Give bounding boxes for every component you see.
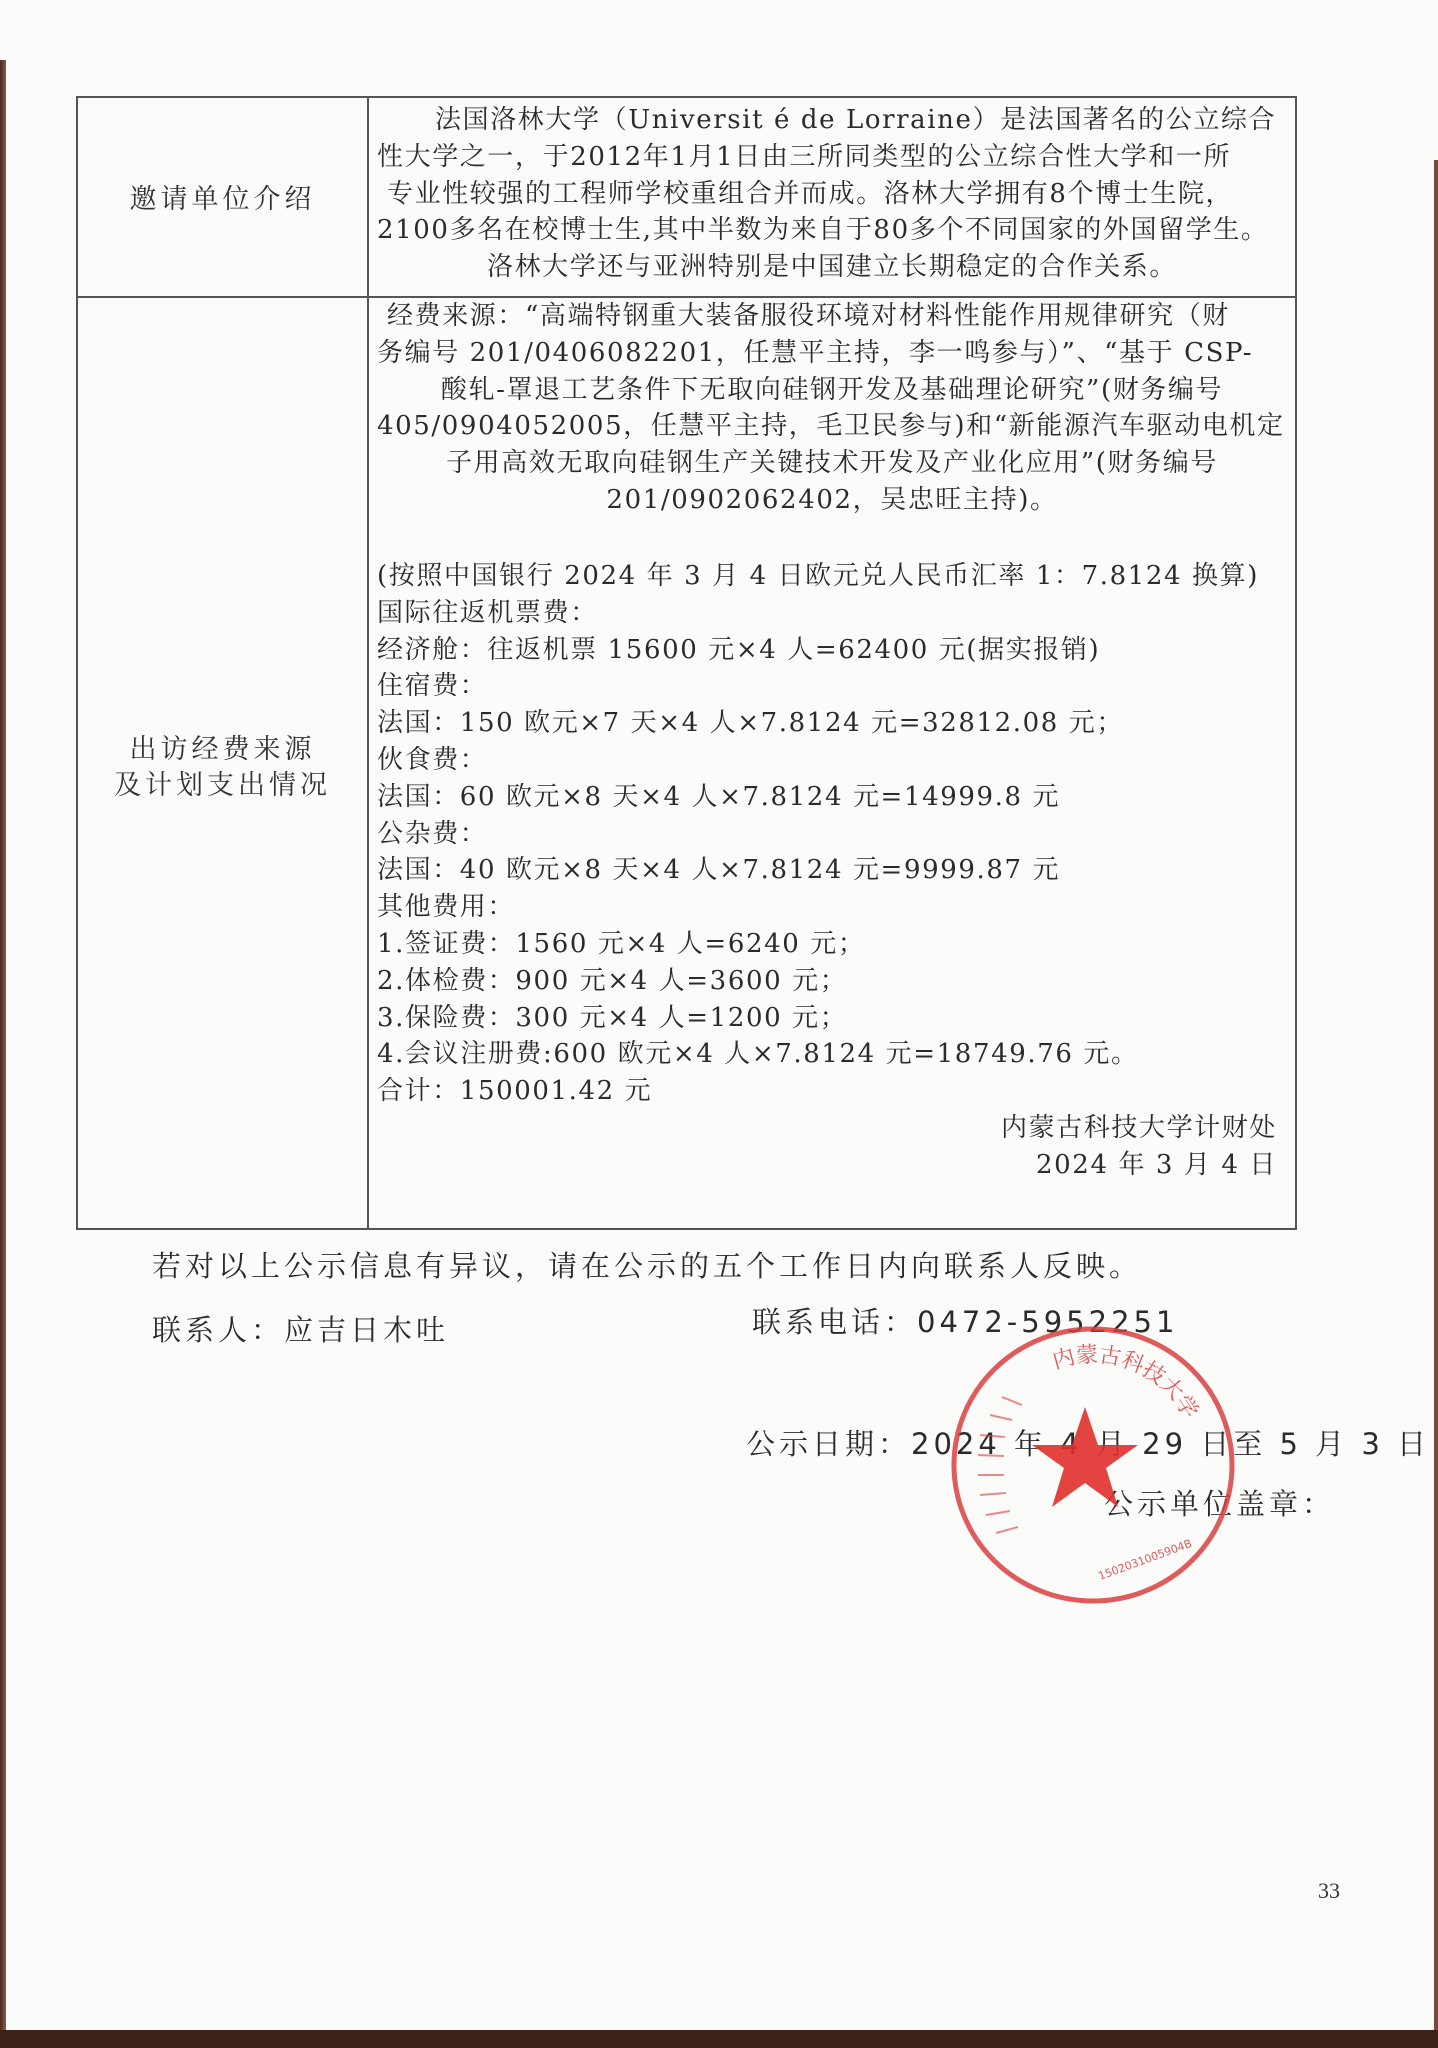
expense-line: 其他费用：	[377, 889, 1287, 926]
star-icon	[1032, 1407, 1138, 1507]
column-divider	[367, 98, 369, 1228]
expense-line: 1.签证费：1560 元×4 人=6240 元；	[377, 926, 1287, 963]
expense-table: 邀请单位介绍 法国洛林大学（Universit é de Lorraine）是法…	[76, 96, 1297, 1230]
funding-line: 酸轧-罩退工艺条件下无取向硅钢开发及基础理论研究”(财务编号	[377, 372, 1287, 409]
intro-line: 2100多名在校博士生,其中半数为来自于80多个不同国家的外国留学生。	[377, 212, 1287, 249]
funding-line: 经费来源：“高端特钢重大装备服役环境对材料性能作用规律研究（财	[377, 298, 1287, 335]
scan-edge-right	[1434, 160, 1438, 2048]
scan-edge-left	[0, 60, 6, 2048]
expense-line: 法国：60 欧元×8 天×4 人×7.8124 元=14999.8 元	[377, 779, 1287, 816]
expense-line: 国际往返机票费：	[377, 595, 1287, 632]
seal-top-text: 内蒙古科技大学	[1050, 1343, 1202, 1424]
expense-line: 公杂费：	[377, 816, 1287, 853]
label-funding-source: 出访经费来源 及计划支出情况	[78, 732, 367, 804]
signature-date: 2024 年 3 月 4 日	[377, 1147, 1287, 1184]
funding-source-text: 经费来源：“高端特钢重大装备服役环境对材料性能作用规律研究（财 务编号 201/…	[377, 298, 1287, 519]
funding-line: 子用高效无取向硅钢生产关键技术开发及产业化应用”(财务编号	[377, 445, 1287, 482]
intro-line: 性大学之一，于2012年1月1日由三所同类型的公立综合性大学和一所	[377, 139, 1287, 176]
intro-line: 专业性较强的工程师学校重组合并而成。洛林大学拥有8个博士生院，	[377, 176, 1287, 213]
funding-line: 405/0904052005，任慧平主持，毛卫民参与)和“新能源汽车驱动电机定	[377, 408, 1287, 445]
expense-line: 经济舱：往返机票 15600 元×4 人=62400 元(据实报销)	[377, 632, 1287, 669]
signature-org: 内蒙古科技大学计财处	[377, 1110, 1287, 1147]
funding-line: 务编号 201/0406082201，任慧平主持，李一鸣参与）”、“基于 CSP…	[377, 335, 1287, 372]
expense-line: 住宿费：	[377, 668, 1287, 705]
inviting-unit-intro: 法国洛林大学（Universit é de Lorraine）是法国著名的公立综…	[377, 102, 1287, 286]
expense-line: 3.保险费：300 元×4 人=1200 元；	[377, 1000, 1287, 1037]
seal-code: 1502031005904B	[1097, 1537, 1194, 1583]
expense-line: 法国：40 欧元×8 天×4 人×7.8124 元=9999.87 元	[377, 852, 1287, 889]
page-number: 33	[1318, 1878, 1340, 1904]
expense-line: (按照中国银行 2024 年 3 月 4 日欧元兑人民币汇率 1：7.8124 …	[377, 558, 1287, 595]
scan-edge-bottom	[0, 2030, 1438, 2048]
expense-line: 2.体检费：900 元×4 人=3600 元；	[377, 963, 1287, 1000]
official-seal: 内蒙古科技大学 1502031005904B	[950, 1325, 1236, 1605]
expense-line: 法国：150 欧元×7 天×4 人×7.8124 元=32812.08 元；	[377, 705, 1287, 742]
intro-line: 洛林大学还与亚洲特别是中国建立长期稳定的合作关系。	[377, 249, 1287, 286]
intro-line: 法国洛林大学（Universit é de Lorraine）是法国著名的公立综…	[377, 102, 1287, 139]
label-line: 及计划支出情况	[78, 768, 367, 804]
expense-line: 4.会议注册费:600 欧元×4 人×7.8124 元=18749.76 元。	[377, 1036, 1287, 1073]
expense-line: 伙食费：	[377, 742, 1287, 779]
svg-text:内蒙古科技大学: 内蒙古科技大学	[1050, 1343, 1202, 1424]
label-line: 出访经费来源	[78, 732, 367, 768]
total-line: 合计：150001.42 元	[377, 1073, 1287, 1110]
label-inviting-unit: 邀请单位介绍	[78, 182, 367, 218]
objection-note: 若对以上公示信息有异议，请在公示的五个工作日内向联系人反映。	[152, 1244, 1142, 1285]
contact-person: 联系人：应吉日木吐	[152, 1308, 449, 1349]
expense-breakdown: (按照中国银行 2024 年 3 月 4 日欧元兑人民币汇率 1：7.8124 …	[377, 558, 1287, 1184]
funding-line: 201/0902062402，吴忠旺主持)。	[377, 482, 1287, 519]
